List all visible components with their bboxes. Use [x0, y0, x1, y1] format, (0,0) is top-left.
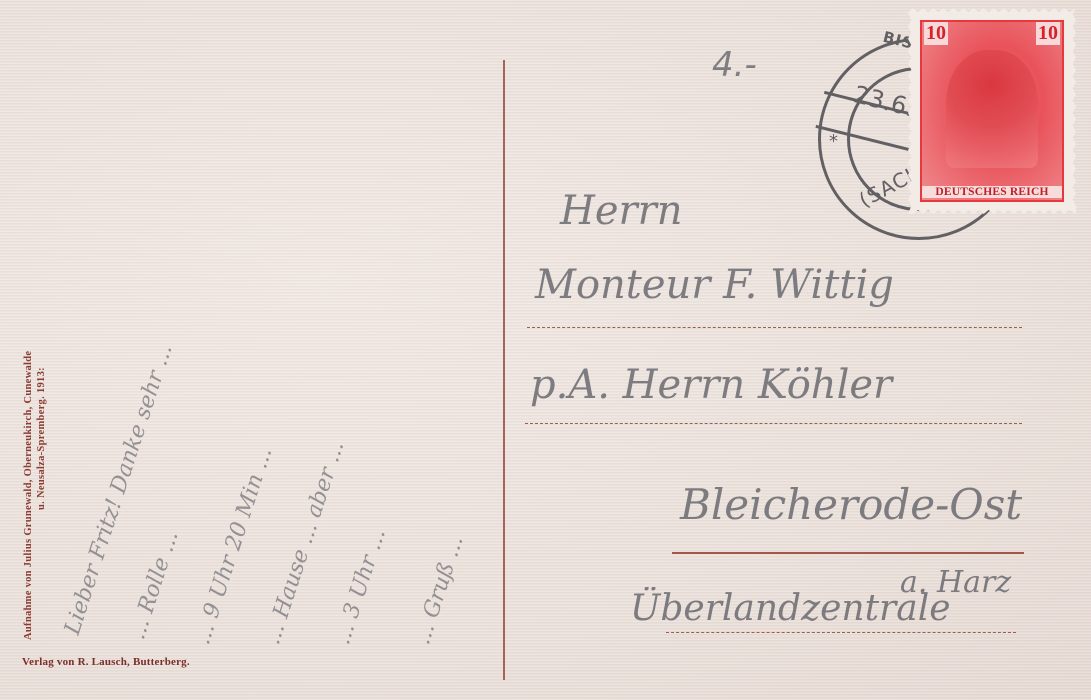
address-rule-2	[525, 423, 1022, 424]
center-divider-line	[503, 60, 505, 680]
message-line: ... 3 Uhr ...	[330, 526, 391, 648]
postmark-star-icon: *	[829, 131, 838, 152]
message-line: ... Gruß ...	[410, 533, 469, 648]
stamp-value-right: 10	[1036, 22, 1060, 45]
address-rule-4	[666, 632, 1016, 633]
stamp-frame: 10 10 DEUTSCHES REICH	[920, 20, 1064, 202]
publisher-imprint-bottom: Verlag von R. Lausch, Butterberg.	[22, 656, 190, 668]
address-line-1: Monteur F. Wittig	[535, 262, 894, 308]
address-line-2: p.A. Herrn Köhler	[530, 362, 892, 408]
message-line: ... 9 Uhr 20 Min ...	[190, 444, 277, 648]
germania-portrait-icon	[946, 50, 1038, 168]
address-rule-3	[672, 552, 1024, 554]
address-salutation: Herrn	[560, 188, 683, 234]
postcard: Aufnahme von Julius Grunewald, Oberneuki…	[0, 0, 1091, 700]
imprint-line-1: Aufnahme von Julius Grunewald, Oberneuki…	[22, 351, 35, 640]
address-rule-1	[527, 327, 1022, 328]
stamp-value-left: 10	[924, 22, 948, 45]
message-line: ... Rolle ...	[125, 528, 184, 643]
postage-stamp: 10 10 DEUTSCHES REICH	[908, 8, 1076, 214]
pencil-price-note: 4.-	[712, 45, 757, 85]
address-line-5: Überlandzentrale	[630, 588, 951, 629]
message-line: ... Hause ... aber ...	[260, 438, 349, 648]
handwritten-message: Lieber Fritz! Danke sehr ... ... Rolle .…	[40, 20, 500, 650]
stamp-country: DEUTSCHES REICH	[922, 186, 1062, 198]
address-line-3: Bleicherode-Ost	[680, 480, 1022, 529]
